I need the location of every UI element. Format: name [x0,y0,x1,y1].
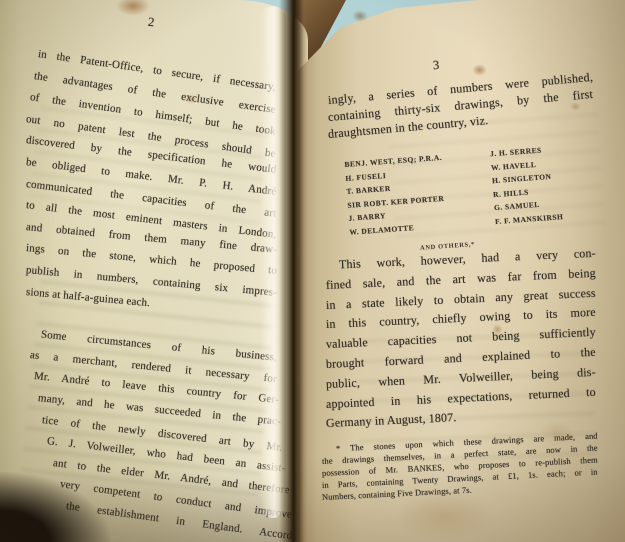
right-page-intro-text: ingly, a series of numbers were publishe… [328,92,594,142]
draughtsmen-column-right: J. H. SERRESW. HAVELLH. SINGLETONR. HILL… [490,140,602,229]
left-page-number: 2 [147,15,155,31]
book-spine-gutter [279,0,307,542]
stain [116,0,150,16]
right-page-body-text: This work, however, had a very con-fined… [326,256,596,434]
left-page: 2 in the Patent-Office, to secure, if ne… [0,0,308,542]
footnote-text: * The stones upon which these drawings a… [322,444,598,504]
draughtsmen-list: BENJ. WEST, ESQ; P.R.A.H. FUSELIT. BARKE… [344,140,601,240]
draughtsmen-column-left: BENJ. WEST, ESQ; P.R.A.H. FUSELIT. BARKE… [344,147,496,239]
right-page-number: 3 [432,58,439,73]
right-page: 3 ingly, a series of numbers were publis… [298,0,625,542]
left-page-text: in the Patent-Office, to secure, if nece… [26,44,278,517]
bottom-left-shadow [0,472,110,542]
open-book-photo: 2 in the Patent-Office, to secure, if ne… [0,0,625,542]
